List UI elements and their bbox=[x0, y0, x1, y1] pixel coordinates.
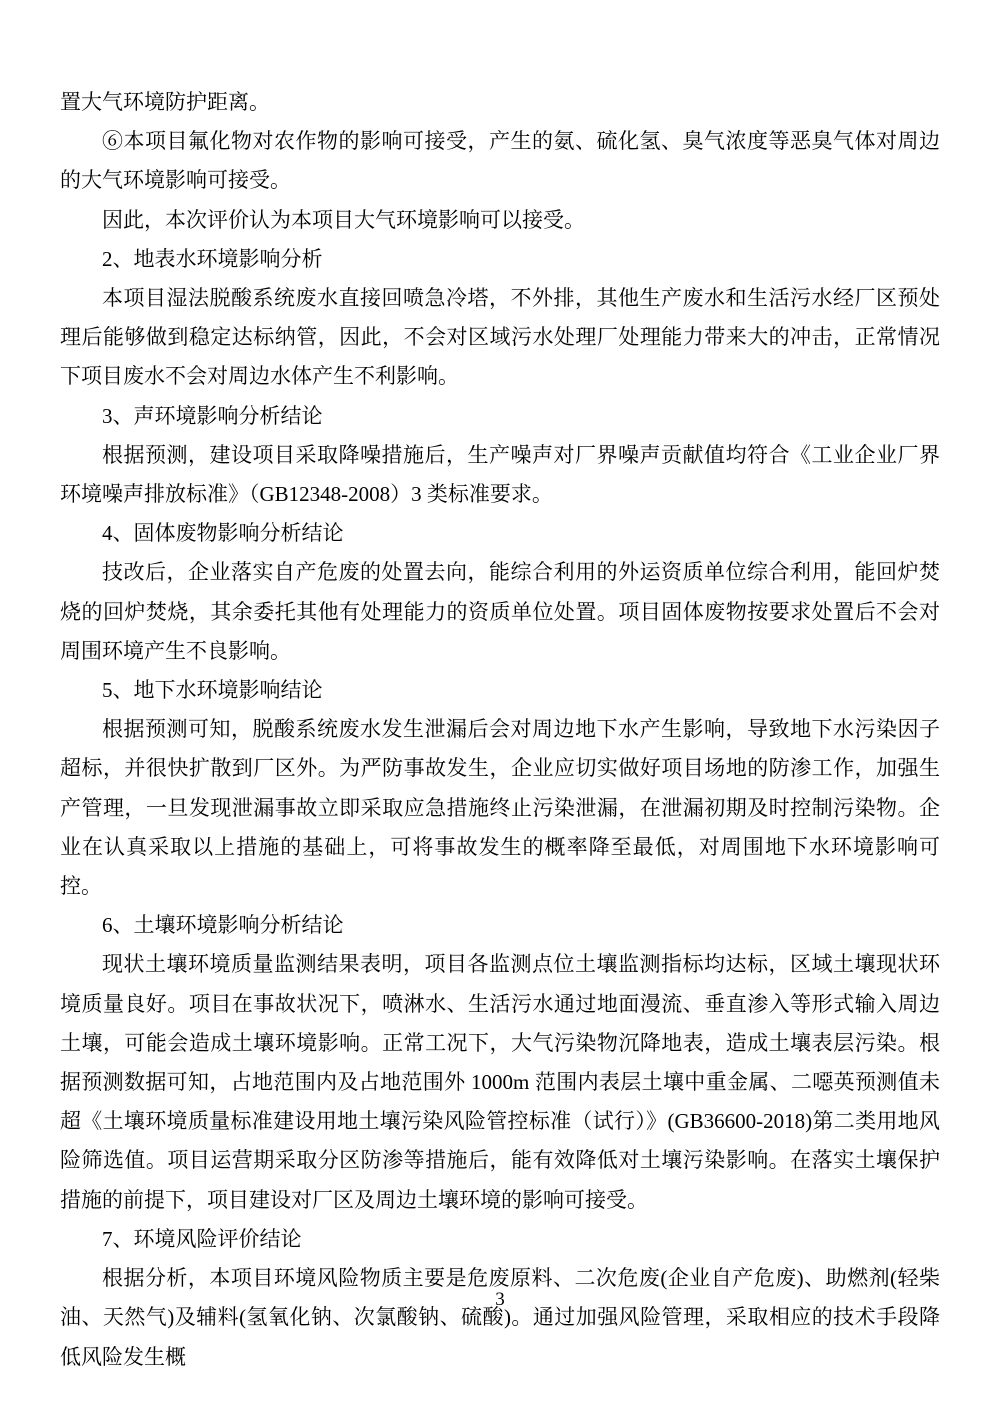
paragraph: 技改后，企业落实自产危废的处置去向，能综合利用的外运资质单位综合利用，能回炉焚烧… bbox=[60, 553, 940, 671]
paragraph: 根据分析，本项目环境风险物质主要是危废原料、二次危废(企业自产危废)、助燃剂(轻… bbox=[60, 1259, 940, 1377]
paragraph: 现状土壤环境质量监测结果表明，项目各监测点位土壤监测指标均达标，区域土壤现状环境… bbox=[60, 945, 940, 1219]
paragraph: ⑥本项目氟化物对农作物的影响可接受，产生的氨、硫化氢、臭气浓度等恶臭气体对周边的… bbox=[60, 122, 940, 200]
document-body: 置大气环境防护距离。⑥本项目氟化物对农作物的影响可接受，产生的氨、硫化氢、臭气浓… bbox=[60, 83, 940, 1377]
section-heading: 2、地表水环境影响分析 bbox=[60, 240, 940, 279]
section-heading: 5、地下水环境影响结论 bbox=[60, 671, 940, 710]
section-heading: 6、土壤环境影响分析结论 bbox=[60, 906, 940, 945]
paragraph: 根据预测，建设项目采取降噪措施后，生产噪声对厂界噪声贡献值均符合《工业企业厂界环… bbox=[60, 436, 940, 514]
section-heading: 4、固体废物影响分析结论 bbox=[60, 514, 940, 553]
paragraph: 本项目湿法脱酸系统废水直接回喷急冷塔，不外排，其他生产废水和生活污水经厂区预处理… bbox=[60, 279, 940, 397]
page-number: 3 bbox=[0, 1288, 1000, 1312]
section-heading: 7、环境风险评价结论 bbox=[60, 1220, 940, 1259]
paragraph: 根据预测可知，脱酸系统废水发生泄漏后会对周边地下水产生影响，导致地下水污染因子超… bbox=[60, 710, 940, 906]
paragraph: 置大气环境防护距离。 bbox=[60, 83, 940, 122]
paragraph: 因此，本次评价认为本项目大气环境影响可以接受。 bbox=[60, 201, 940, 240]
document-page: 置大气环境防护距离。⑥本项目氟化物对农作物的影响可接受，产生的氨、硫化氢、臭气浓… bbox=[0, 0, 1000, 1414]
section-heading: 3、声环境影响分析结论 bbox=[60, 397, 940, 436]
